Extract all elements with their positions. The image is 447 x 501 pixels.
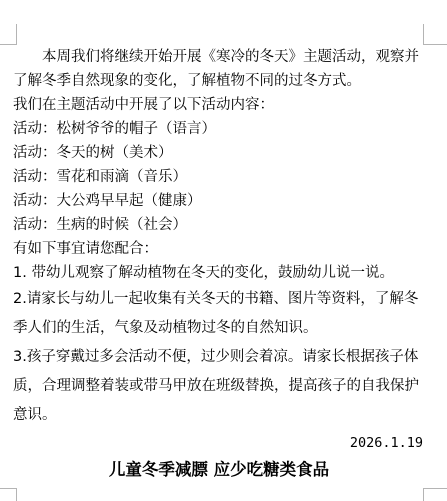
notice-item-3-line: 3.孩子穿戴过多会活动不便，过少则会着凉。请家长根据孩子体 bbox=[13, 343, 425, 372]
activity-item: 活动：雪花和雨滴（音乐） bbox=[13, 165, 425, 189]
notice-item-2-line: 2.请家长与幼儿一起收集有关冬天的书籍、图片等资料，了解冬 bbox=[13, 285, 425, 314]
footer-title: 儿童冬季减膘 应少吃糖类食品 bbox=[13, 456, 425, 483]
margin-crop-mark-bottom-right bbox=[423, 488, 447, 501]
margin-crop-mark-top-right bbox=[423, 24, 447, 45]
notice-item-3-line: 质，合理调整着装或带马甲放在班级替换，提高孩子的自我保护 bbox=[13, 372, 425, 401]
notice-item-1-line: 1. 带幼儿观察了解动植物在冬天的变化，鼓励幼儿说一说。 bbox=[13, 261, 425, 285]
notice-item-3-line: 意识。 bbox=[13, 401, 425, 430]
margin-crop-mark-bottom-left bbox=[0, 488, 17, 501]
document-page: { "page": { "background_color": "#ffffff… bbox=[0, 0, 447, 501]
activity-item: 活动：生病的时候（社会） bbox=[13, 213, 425, 237]
activity-item: 活动：冬天的树（美术） bbox=[13, 141, 425, 165]
section-intro-line: 我们在主题活动中开展了以下活动内容： bbox=[13, 93, 425, 117]
activity-item: 活动：松树爷爷的帽子（语言） bbox=[13, 117, 425, 141]
intro-paragraph-line: 了解冬季自然现象的变化，了解植物不同的过冬方式。 bbox=[13, 69, 425, 93]
intro-paragraph-line: 本周我们将继续开始开展《寒冷的冬天》主题活动，观察并 bbox=[13, 45, 425, 69]
document-date: 2026.1.19 bbox=[13, 430, 425, 456]
activity-item: 活动：大公鸡早早起（健康） bbox=[13, 189, 425, 213]
notice-item-2-line: 季人们的生活，气象及动植物过冬的自然知识。 bbox=[13, 314, 425, 343]
margin-crop-mark-top-left bbox=[0, 24, 17, 45]
document-body: 本周我们将继续开始开展《寒冷的冬天》主题活动，观察并 了解冬季自然现象的变化，了… bbox=[13, 45, 425, 483]
notice-header-line: 有如下事宜请您配合： bbox=[13, 237, 425, 261]
